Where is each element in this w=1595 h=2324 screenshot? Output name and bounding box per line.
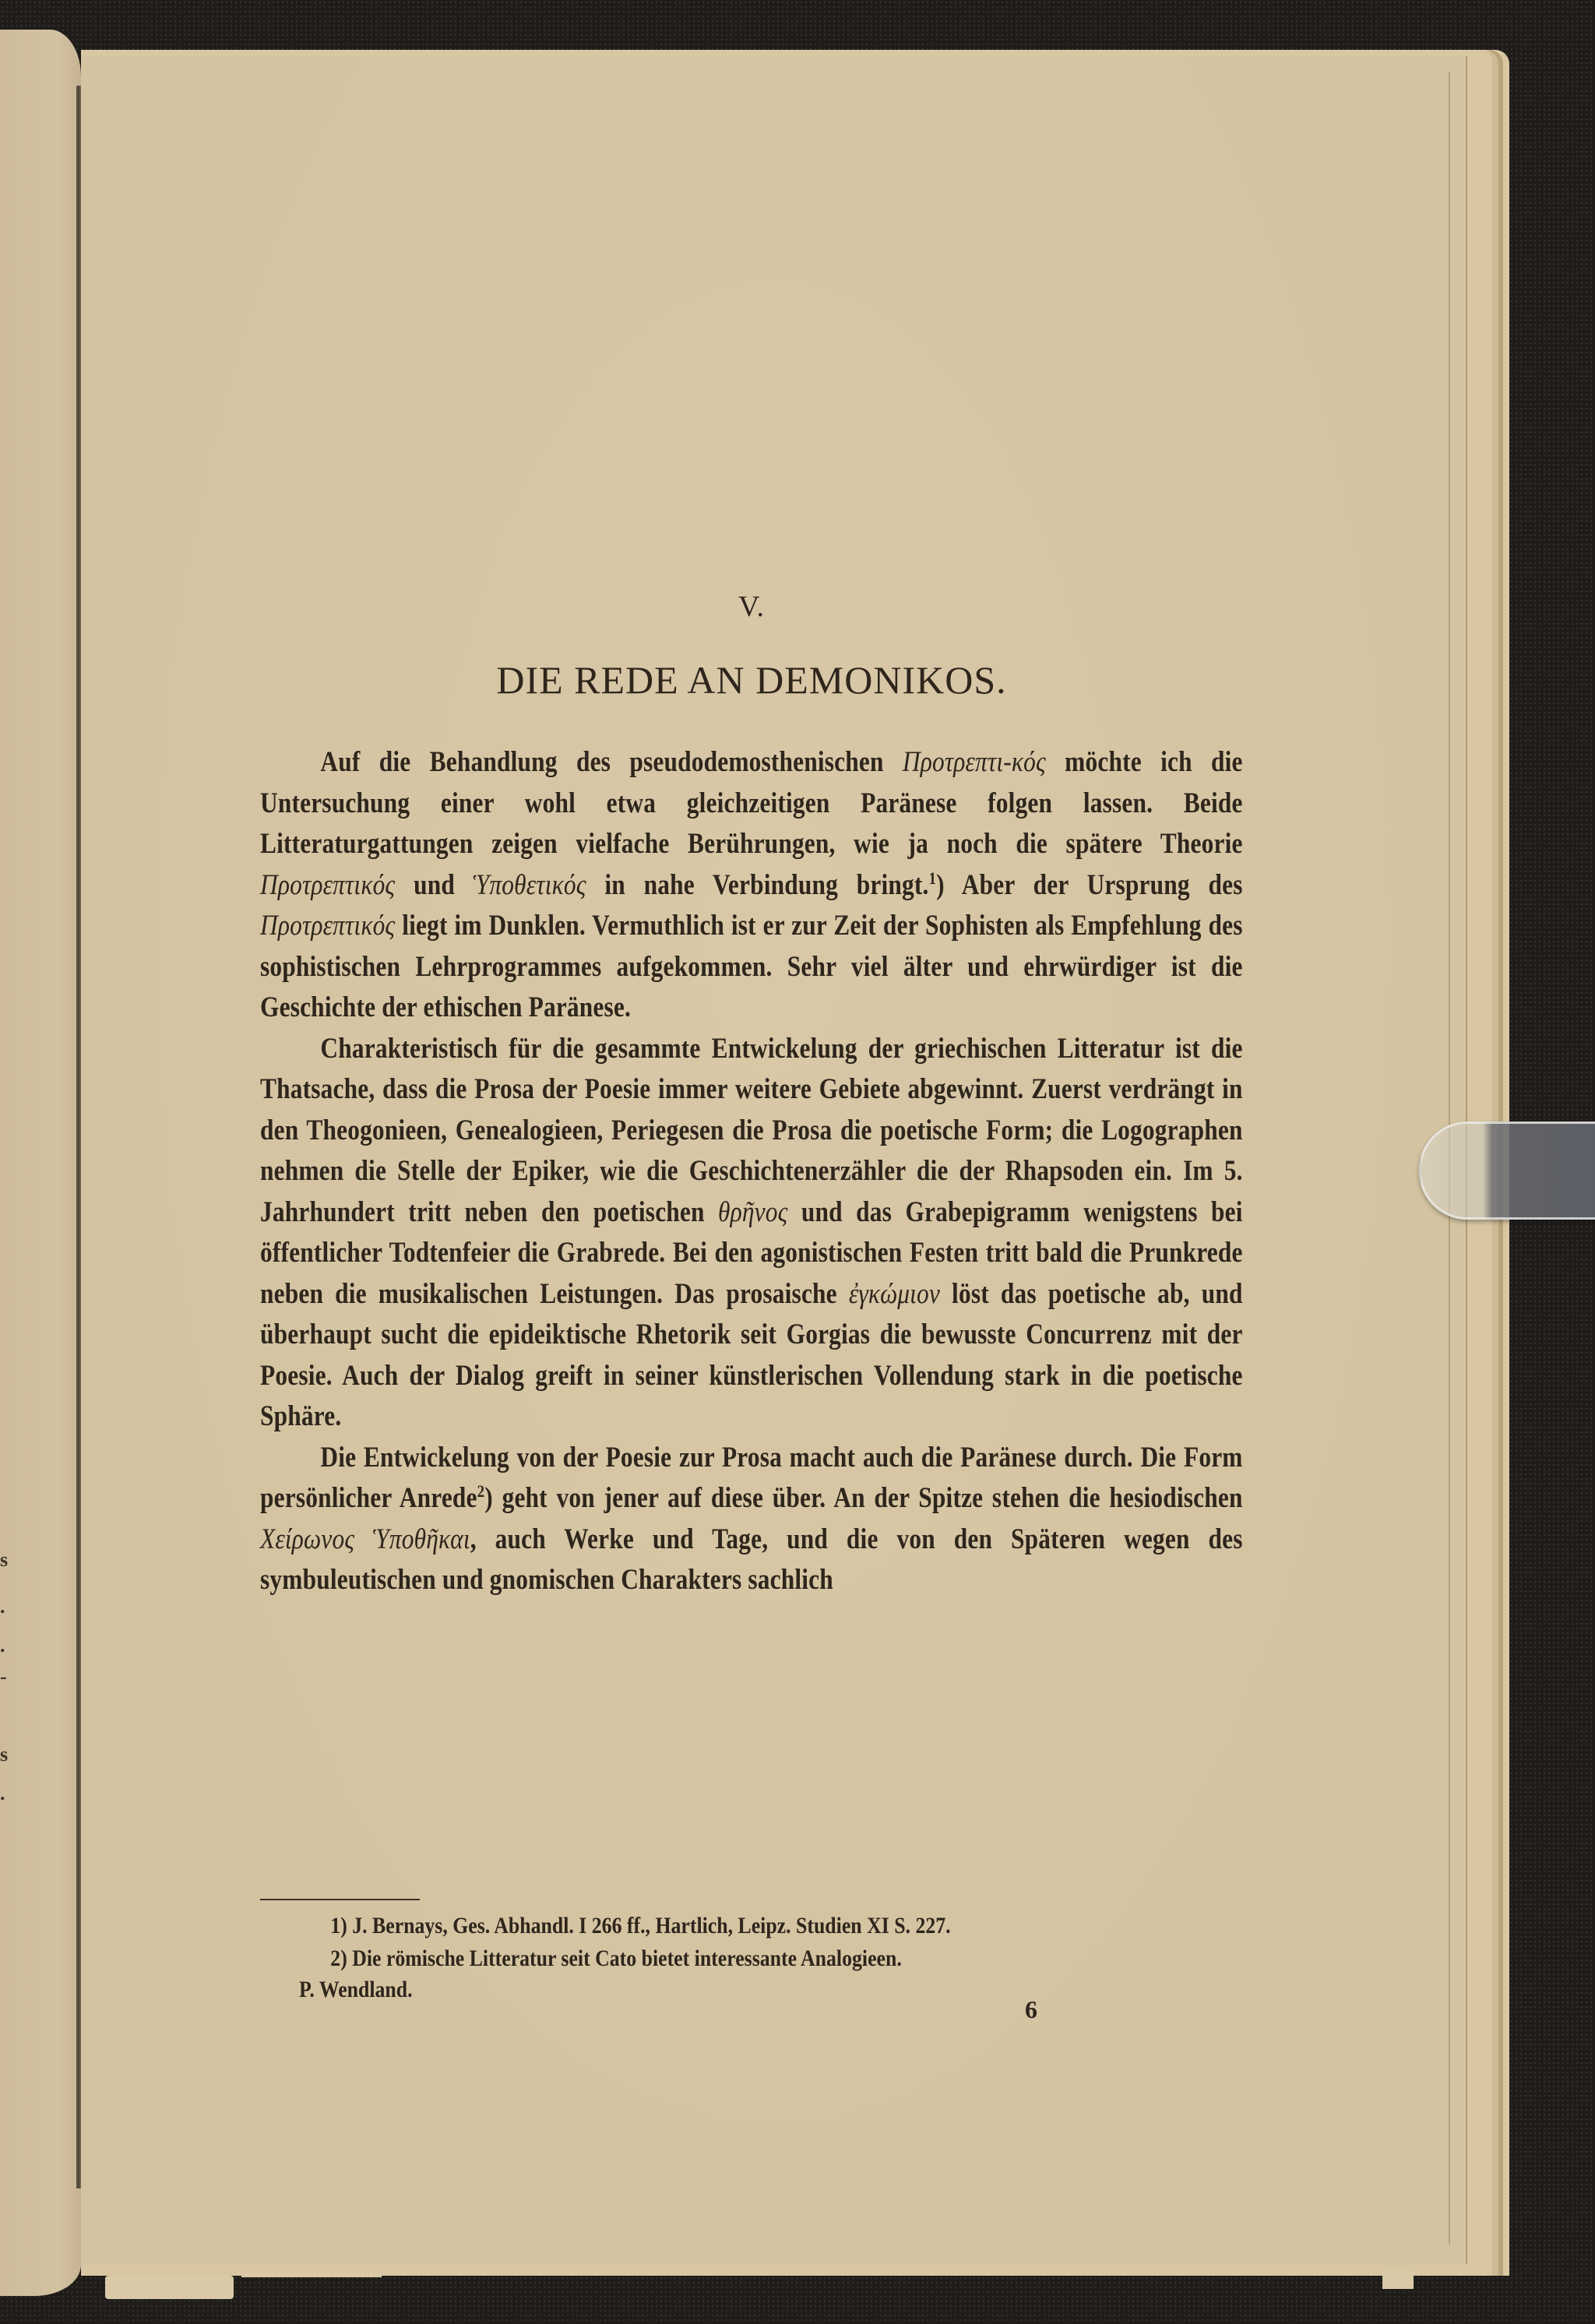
text-run: ) geht von jener auf diese über. An der …: [484, 1481, 1242, 1513]
paper-stub: [105, 2276, 234, 2299]
greek-term: Προτρεπτικός: [260, 909, 395, 941]
left-page-fragment: .: [0, 1595, 5, 1618]
paper-stub: [1382, 2269, 1414, 2289]
greek-term: Χείρωνος Ὑποθῆκαι: [260, 1523, 470, 1555]
book-page: V. DIE REDE AN DEMONIKOS. Auf die Behand…: [81, 56, 1467, 2264]
chapter-number: V.: [260, 590, 1243, 624]
footnote-ref: 1: [929, 868, 937, 887]
book-scan: s..-s. V. DIE REDE AN DEMONIKOS. Auf die…: [0, 0, 1595, 2324]
footnote-rule: [260, 1899, 420, 1900]
greek-term: Προτρεπτικός: [260, 868, 395, 900]
greek-term: ἐγκώμιον: [849, 1277, 940, 1309]
chapter-title: DIE REDE AN DEMONIKOS.: [260, 657, 1243, 702]
paper-stub: [241, 2273, 382, 2277]
left-page-fragment: s: [0, 1743, 8, 1766]
gutter-shadow: [76, 86, 81, 2188]
paragraph: Charakteristisch für die gesammte Entwic…: [260, 1028, 1243, 1437]
greek-term: θρῆνος: [718, 1195, 787, 1227]
paragraph: Die Entwickelung von der Poesie zur Pros…: [260, 1437, 1243, 1600]
footnote-2: 2) Die römische Litteratur seit Cato bie…: [260, 1942, 1243, 1975]
signature-mark: P. Wendland.: [299, 1977, 413, 2003]
text-run: und: [395, 868, 473, 900]
text-run: liegt im Dunklen. Vermuthlich ist er zur…: [260, 909, 1243, 1023]
paragraph: Auf die Behandlung des pseudodemosthenis…: [260, 741, 1243, 1028]
page-number: 6: [1025, 1995, 1037, 2024]
greek-term: Ὑποθετικός: [474, 868, 586, 900]
bookmark-clip[interactable]: [1419, 1122, 1595, 1220]
body-text: Auf die Behandlung des pseudodemosthenis…: [260, 741, 1243, 1600]
left-page-fragment: .: [0, 1634, 5, 1657]
greek-term: Προτρεπτι-κός: [903, 745, 1046, 777]
left-page-fragment: s: [0, 1548, 8, 1572]
footnote-ref: 2: [477, 1481, 485, 1501]
footnotes: 1) J. Bernays, Ges. Abhandl. I 266 ff., …: [260, 1910, 1243, 1975]
text-run: in nahe Verbindung bringt.: [586, 868, 929, 900]
footnote-1: 1) J. Bernays, Ges. Abhandl. I 266 ff., …: [260, 1910, 1243, 1942]
text-run: ) Aber der Ursprung des: [936, 868, 1242, 900]
left-page-fragment: -: [0, 1665, 7, 1688]
text-run: Auf die Behandlung des pseudodemosthenis…: [320, 745, 903, 777]
left-facing-page: s..-s.: [0, 30, 81, 2296]
left-page-fragment: .: [0, 1782, 5, 1805]
